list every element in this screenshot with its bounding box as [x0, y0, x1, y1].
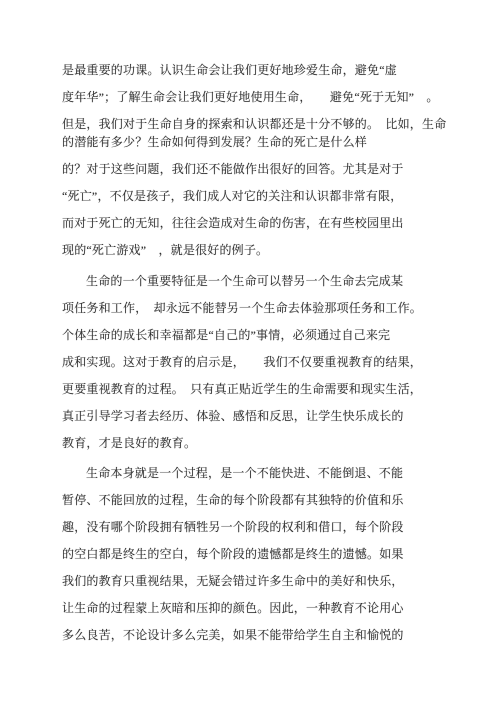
text-line: 项任务和工作， 却永远不能替另一个生命去体验那项任务和工作。	[62, 295, 464, 322]
text-line: 更要重视教育的过程。 只有真正贴近学生的生命需要和现实生活，	[62, 376, 464, 403]
text-line: 我们的教育只重视结果，无疑会错过许多生命中的美好和快乐，	[62, 568, 464, 595]
text-line: 的空白都是终生的空白，每个阶段的遗憾都是终生的遗憾。如果	[62, 541, 464, 568]
text-line: 现的“死亡游戏” ，就是很好的例子。	[62, 237, 464, 264]
text-line: 度年华”；了解生命会让我们更好地使用生命， 避免“死于无知” 。	[62, 84, 464, 111]
text-line: 教育，才是良好的教育。	[62, 430, 464, 457]
document-text: 是最重要的功课。认识生命会让我们更好地珍爱生命，避免“虚 度年华”；了解生命会让…	[0, 0, 500, 649]
text-line: 让生命的过程蒙上灰暗和压抑的颜色。因此，一种教育不论用心	[62, 595, 464, 622]
text-line paragraph-start: 生命本身就是一个过程，是一个不能快进、不能倒退、不能	[62, 460, 464, 487]
text-line: 个体生命的成长和幸福都是“自己的”事情，必须通过自己来完	[62, 322, 464, 349]
text-line: 的？对于这些问题，我们还不能做作出很好的回答。尤其是对于	[62, 156, 464, 183]
text-line: “死亡”，不仅是孩子，我们成人对它的关注和认识都非常有限，	[62, 183, 464, 210]
text-line: 是最重要的功课。认识生命会让我们更好地珍爱生命，避免“虚	[62, 57, 464, 84]
text-line paragraph-start: 生命的一个重要特征是一个生命可以替另一个生命去完成某	[62, 268, 464, 295]
text-line: 趣，没有哪个阶段拥有牺牲另一个阶段的权利和借口，每个阶段	[62, 514, 464, 541]
text-line: 多么良苦，不论设计多么完美，如果不能带给学生自主和愉悦的	[62, 622, 464, 649]
text-line: 真正引导学习者去经历、体验、感悟和反思，让学生快乐成长的	[62, 403, 464, 430]
text-line: 暂停、不能回放的过程，生命的每个阶段都有其独特的价值和乐	[62, 487, 464, 514]
text-line: 成和实现。这对于教育的启示是， 我们不仅要重视教育的结果，	[62, 349, 464, 376]
document-page: 是最重要的功课。认识生命会让我们更好地珍爱生命，避免“虚 度年华”；了解生命会让…	[0, 0, 500, 708]
text-line: 而对于死亡的无知，往往会造成对生命的伤害，在有些校园里出	[62, 210, 464, 237]
